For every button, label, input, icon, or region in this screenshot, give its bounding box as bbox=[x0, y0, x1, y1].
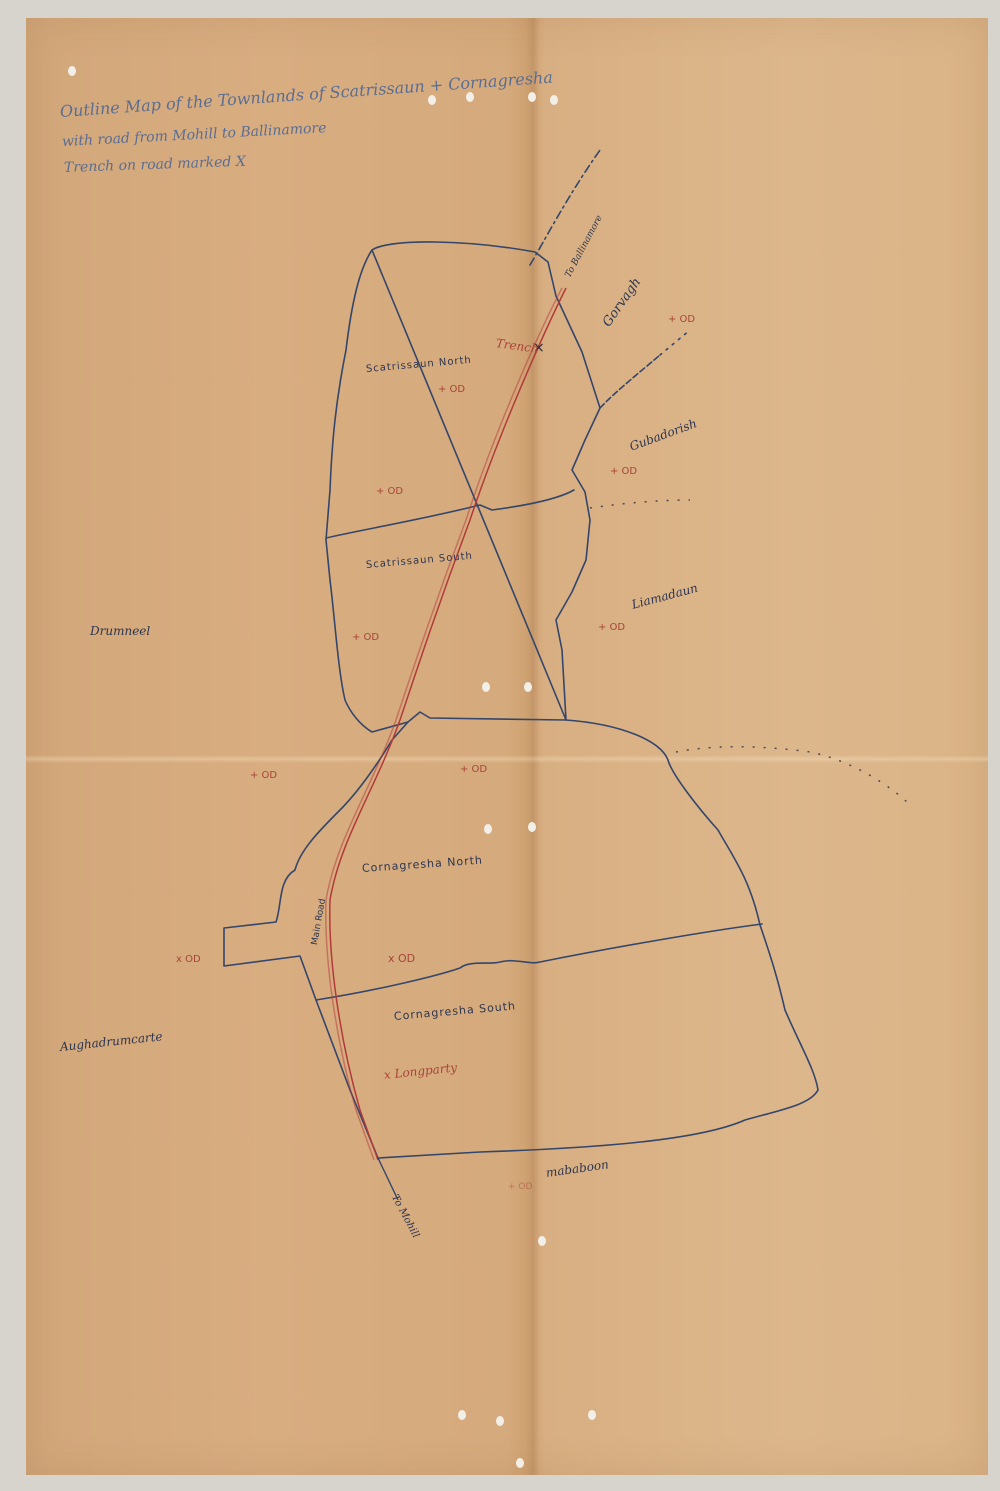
gorvagh-dotted-extension bbox=[660, 330, 690, 355]
od-mark: x OD bbox=[176, 954, 201, 965]
pin-hole bbox=[482, 682, 490, 692]
pin-hole bbox=[68, 66, 76, 76]
od-mark: + OD bbox=[668, 314, 695, 325]
main-road bbox=[330, 288, 566, 1160]
pin-hole bbox=[538, 1236, 546, 1246]
od-mark: x OD bbox=[388, 952, 415, 965]
label-drumneel: Drumneel bbox=[90, 624, 150, 638]
pin-hole bbox=[528, 822, 536, 832]
pin-hole bbox=[528, 92, 536, 102]
od-mark: + OD bbox=[508, 1182, 532, 1192]
pin-hole bbox=[516, 1458, 524, 1468]
map-drawing: × bbox=[0, 0, 1000, 1491]
od-mark: + OD bbox=[610, 466, 637, 477]
od-mark: + OD bbox=[376, 486, 403, 497]
pin-hole bbox=[466, 92, 474, 102]
od-mark: + OD bbox=[352, 632, 379, 643]
dotted-path-east bbox=[676, 747, 910, 805]
scatrissaun-boundary bbox=[326, 242, 600, 732]
gorvagh-boundary bbox=[600, 355, 660, 408]
pin-hole bbox=[458, 1410, 466, 1420]
od-mark: + OD bbox=[598, 622, 625, 633]
cornagresha-divider bbox=[316, 924, 762, 1000]
pin-hole bbox=[550, 95, 558, 105]
od-mark: + OD bbox=[438, 384, 465, 395]
ballinamore-dashed-track bbox=[530, 150, 600, 265]
od-mark: + OD bbox=[250, 770, 277, 781]
pin-hole bbox=[496, 1416, 504, 1426]
pin-hole bbox=[588, 1410, 596, 1420]
pin-hole bbox=[484, 824, 492, 834]
scatrissaun-divider bbox=[326, 490, 574, 538]
dotted-path-gubadorish bbox=[590, 500, 690, 508]
pin-hole bbox=[524, 682, 532, 692]
od-mark: + OD bbox=[460, 764, 487, 775]
pin-hole bbox=[428, 95, 436, 105]
